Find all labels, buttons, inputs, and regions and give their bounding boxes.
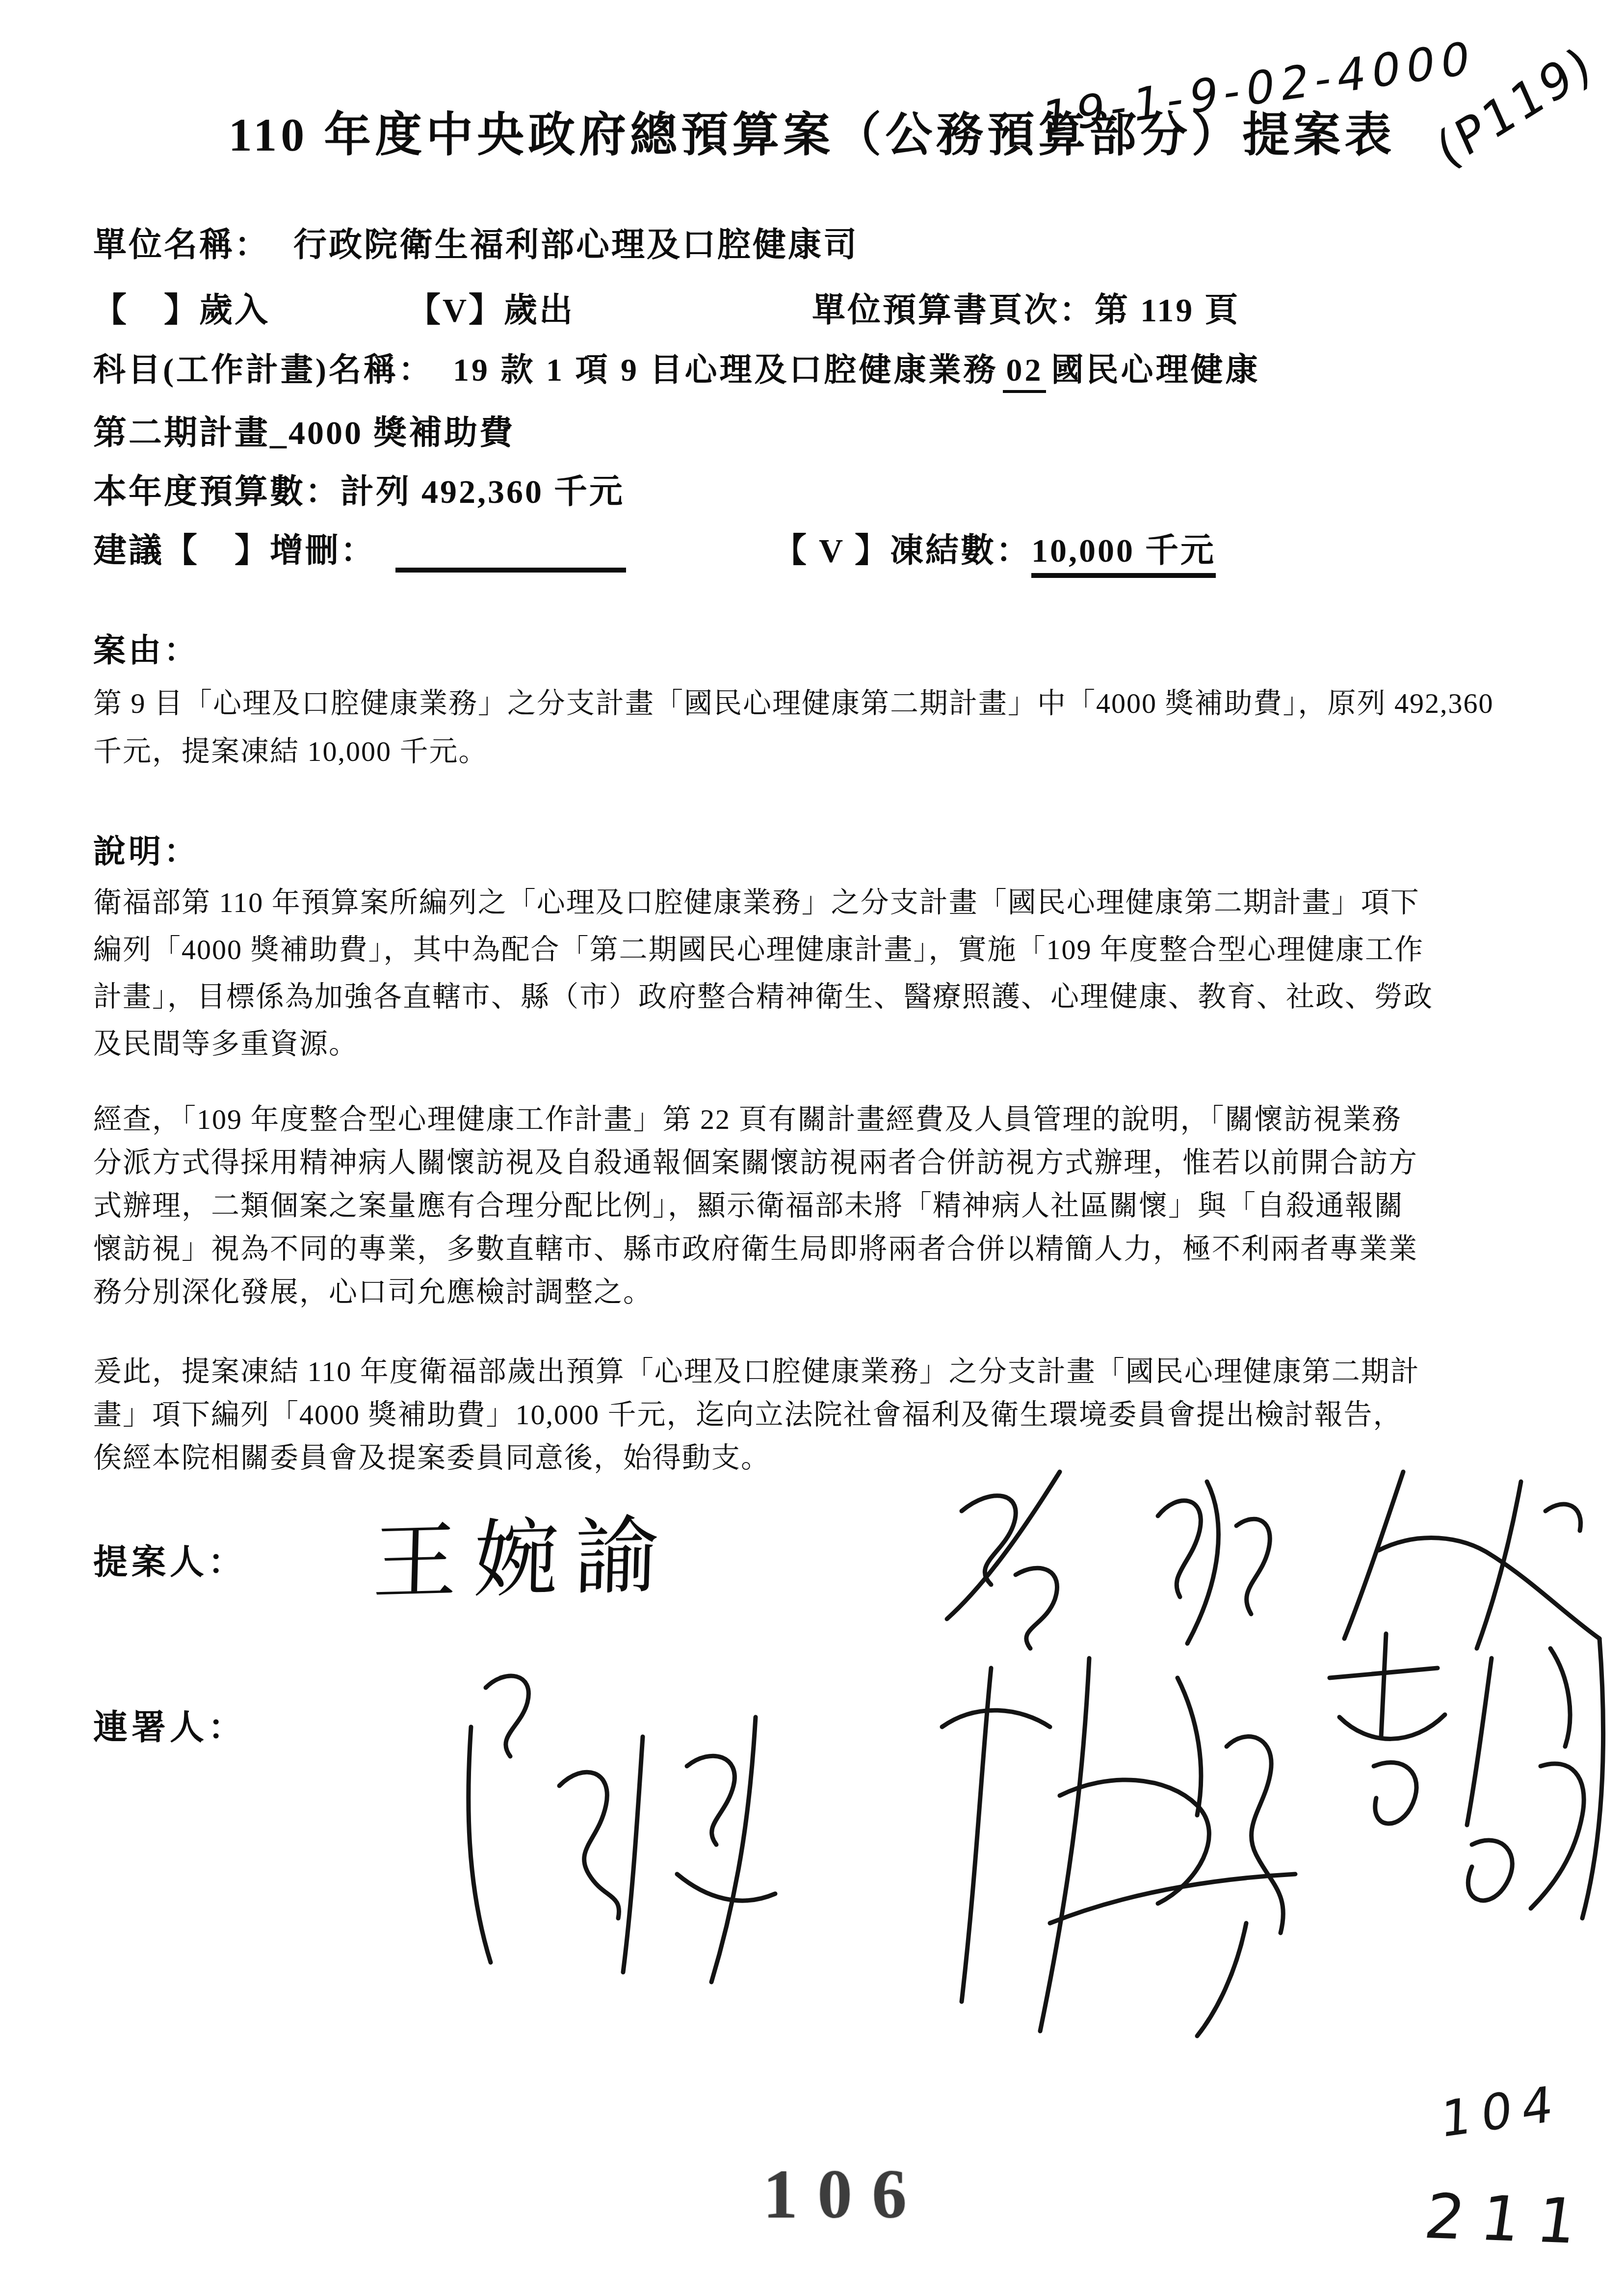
explanation-line: 務分別深化發展，心口司允應檢討調整之。 (93, 1271, 1545, 1314)
freeze-amount-underlined: 10,000 千元 (1031, 532, 1216, 578)
handwritten-number-bottom: 211 (1420, 2180, 1598, 2258)
suggestion-label: 建議【 】增刪： (93, 532, 376, 569)
explanation-line: 畫」項下編列「4000 獎補助費」10,000 千元，迄向立法院社會福利及衛生環… (93, 1393, 1545, 1436)
checkbox-expenditure-checked: 【V】歲出 (407, 284, 575, 331)
unit-name-label: 單位名稱： (93, 226, 270, 263)
explanation-line: 計畫」，目標係為加強各直轄市、縣（市）政府整合精神衛生、醫療照護、心理健康、教育… (93, 973, 1545, 1020)
budget-value: 計列 492,360 千元 (341, 473, 625, 510)
budget-label: 本年度預算數： (93, 473, 341, 510)
freeze-checkbox-label: 【 V 】凍結數： (773, 532, 1031, 569)
suggestion-line: 建議【 】增刪：【 V 】凍結數：10,000 千元 (93, 524, 1216, 573)
explanation-line: 衛福部第 110 年預算案所編列之「心理及口腔健康業務」之分支計畫「國民心理健康… (93, 879, 1545, 926)
handwritten-number-top: 104 (1440, 2074, 1564, 2149)
explanation-line: 及民間等多重資源。 (93, 1020, 1545, 1068)
case-line: 第 9 目「心理及口腔健康業務」之分支計畫「國民心理健康第二期計畫」中「4000… (93, 679, 1545, 728)
proposer-label: 提案人： (93, 1535, 246, 1584)
explanation-line: 分派方式得採用精神病人關懷訪視及自殺通報個案關懷訪視兩者合併訪視方式辦理，惟若以… (93, 1141, 1545, 1184)
explanation-line: 式辦理，二類個案之案量應有合理分配比例」，顯示衛福部未將「精神病人社區關懷」與「… (93, 1184, 1545, 1227)
explanation-paragraph-1: 衛福部第 110 年預算案所編列之「心理及口腔健康業務」之分支計畫「國民心理健康… (93, 879, 1545, 1068)
case-heading: 案由： (93, 624, 199, 671)
blank-fill-underline (395, 536, 626, 573)
subject-value-post: 國民心理健康 (1051, 352, 1260, 388)
explanation-heading: 說明： (93, 825, 199, 872)
case-paragraph: 第 9 目「心理及口腔健康業務」之分支計畫「國民心理健康第二期計畫」中「4000… (93, 679, 1545, 776)
subject-value-pre: 19 款 1 項 9 目心理及口腔健康業務 (453, 352, 998, 388)
budget-book-page-ref: 單位預算書頁次：第 119 頁 (812, 284, 1240, 331)
explanation-line: 編列「4000 獎補助費」，其中為配合「第二期國民心理健康計畫」，實施「109 … (93, 926, 1545, 973)
budget-amount-line: 本年度預算數：計列 492,360 千元 (93, 465, 625, 513)
unit-name-value: 行政院衛生福利部心理及口腔健康司 (293, 226, 859, 263)
page-title: 110 年度中央政府總預算案（公務預算部分）提案表 (0, 97, 1624, 164)
page-number-stamp: 106 (763, 2154, 926, 2234)
subject-name-line2: 第二期計畫_4000 獎補助費 (93, 406, 515, 454)
budget-proposal-document: 19-1-9-02-4000 (P119) 110 年度中央政府總預算案（公務預… (0, 0, 1624, 2296)
checkbox-revenue: 【 】歲入 (93, 284, 270, 331)
subject-label: 科目(工作計畫)名稱： (93, 352, 433, 388)
explanation-line: 經查，「109 年度整合型心理健康工作計畫」第 22 頁有關計畫經費及人員管理的… (93, 1098, 1545, 1141)
cosigner-label: 連署人： (93, 1700, 246, 1749)
unit-name-line: 單位名稱：行政院衛生福利部心理及口腔健康司 (93, 218, 859, 266)
case-line: 千元，提案凍結 10,000 千元。 (93, 728, 1545, 776)
proposer-signature-1: 王婉諭 (371, 1487, 678, 1617)
subject-name-line1: 科目(工作計畫)名稱：19 款 1 項 9 目心理及口腔健康業務02國民心理健康 (93, 343, 1260, 390)
explanation-line: 懷訪視」視為不同的專業，多數直轄市、縣市政府衛生局即將兩者合併以精簡人力，極不利… (93, 1227, 1545, 1271)
subject-code-underlined: 02 (1003, 352, 1046, 393)
cosigner-signature-3 (1295, 1614, 1619, 1928)
explanation-paragraph-2: 經查，「109 年度整合型心理健康工作計畫」第 22 頁有關計畫經費及人員管理的… (93, 1098, 1545, 1314)
cosigner-signature-1 (412, 1639, 795, 1992)
cosigner-signature-2 (903, 1629, 1305, 2041)
explanation-line: 爰此，提案凍結 110 年度衛福部歲出預算「心理及口腔健康業務」之分支計畫「國民… (93, 1350, 1545, 1393)
